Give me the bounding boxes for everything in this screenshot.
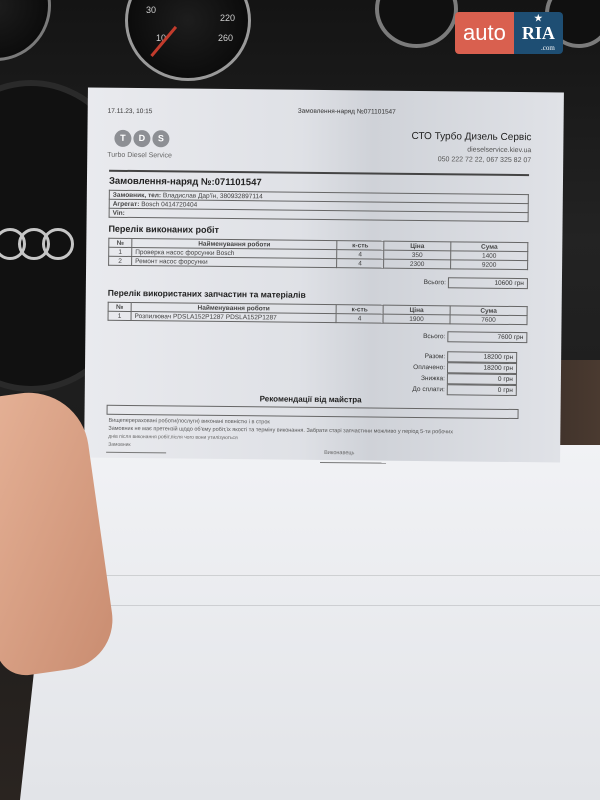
parts-total-label: Всього:	[385, 333, 445, 341]
footer-line: днів після виконання робіт,після чого во…	[108, 434, 238, 441]
recommendations-box	[107, 405, 519, 419]
executor-sign-label: Виконавець	[324, 450, 354, 456]
logo-name: Turbo Diesel Service	[107, 152, 172, 160]
autoria-watermark: auto ★ RIA .com	[455, 12, 563, 54]
work-order-document: 17.11.23, 10:15 Замовлення-наряд №071101…	[84, 88, 564, 463]
company-website: dieselservice.kiev.ua	[467, 146, 531, 154]
parts-total: 7600 грн	[447, 331, 527, 343]
customer-signature-line	[106, 452, 166, 454]
print-datetime: 17.11.23, 10:15	[108, 108, 153, 115]
company-name: СТО Турбо Дизель Сервіс	[411, 131, 531, 143]
parts-title: Перелік використаних запчастин та матері…	[108, 288, 306, 300]
watermark-ria: ★ RIA .com	[514, 12, 563, 54]
parts-table: № Найменування роботи к-сть Ціна Сума 1 …	[108, 302, 528, 325]
header-title: Замовлення-наряд №071101547	[298, 108, 396, 116]
company-phones: 050 222 72 22, 067 325 82 07	[438, 156, 531, 164]
customer-info-table: Замовник, тел: Владислав Дар'їн, 3809328…	[109, 190, 529, 222]
star-icon: ★	[534, 14, 542, 23]
works-total: 10600 грн	[448, 277, 528, 289]
order-title: Замовлення-наряд №:071101547	[109, 176, 262, 189]
works-title: Перелік виконаних робіт	[108, 224, 219, 235]
customer-sign-label: Замовник	[108, 442, 130, 448]
speed-label: 30	[146, 5, 156, 15]
works-total-label: Всього:	[386, 279, 446, 287]
speed-label: 220	[220, 13, 235, 23]
works-table: № Найменування роботи к-сть Ціна Сума 1 …	[108, 238, 528, 270]
speed-label: 260	[218, 33, 233, 43]
watermark-auto: auto	[455, 12, 514, 54]
footer-line: Вищеперераховані роботи(послуги) виконан…	[108, 418, 269, 426]
recommendations-title: Рекомендації від майстра	[260, 394, 362, 404]
